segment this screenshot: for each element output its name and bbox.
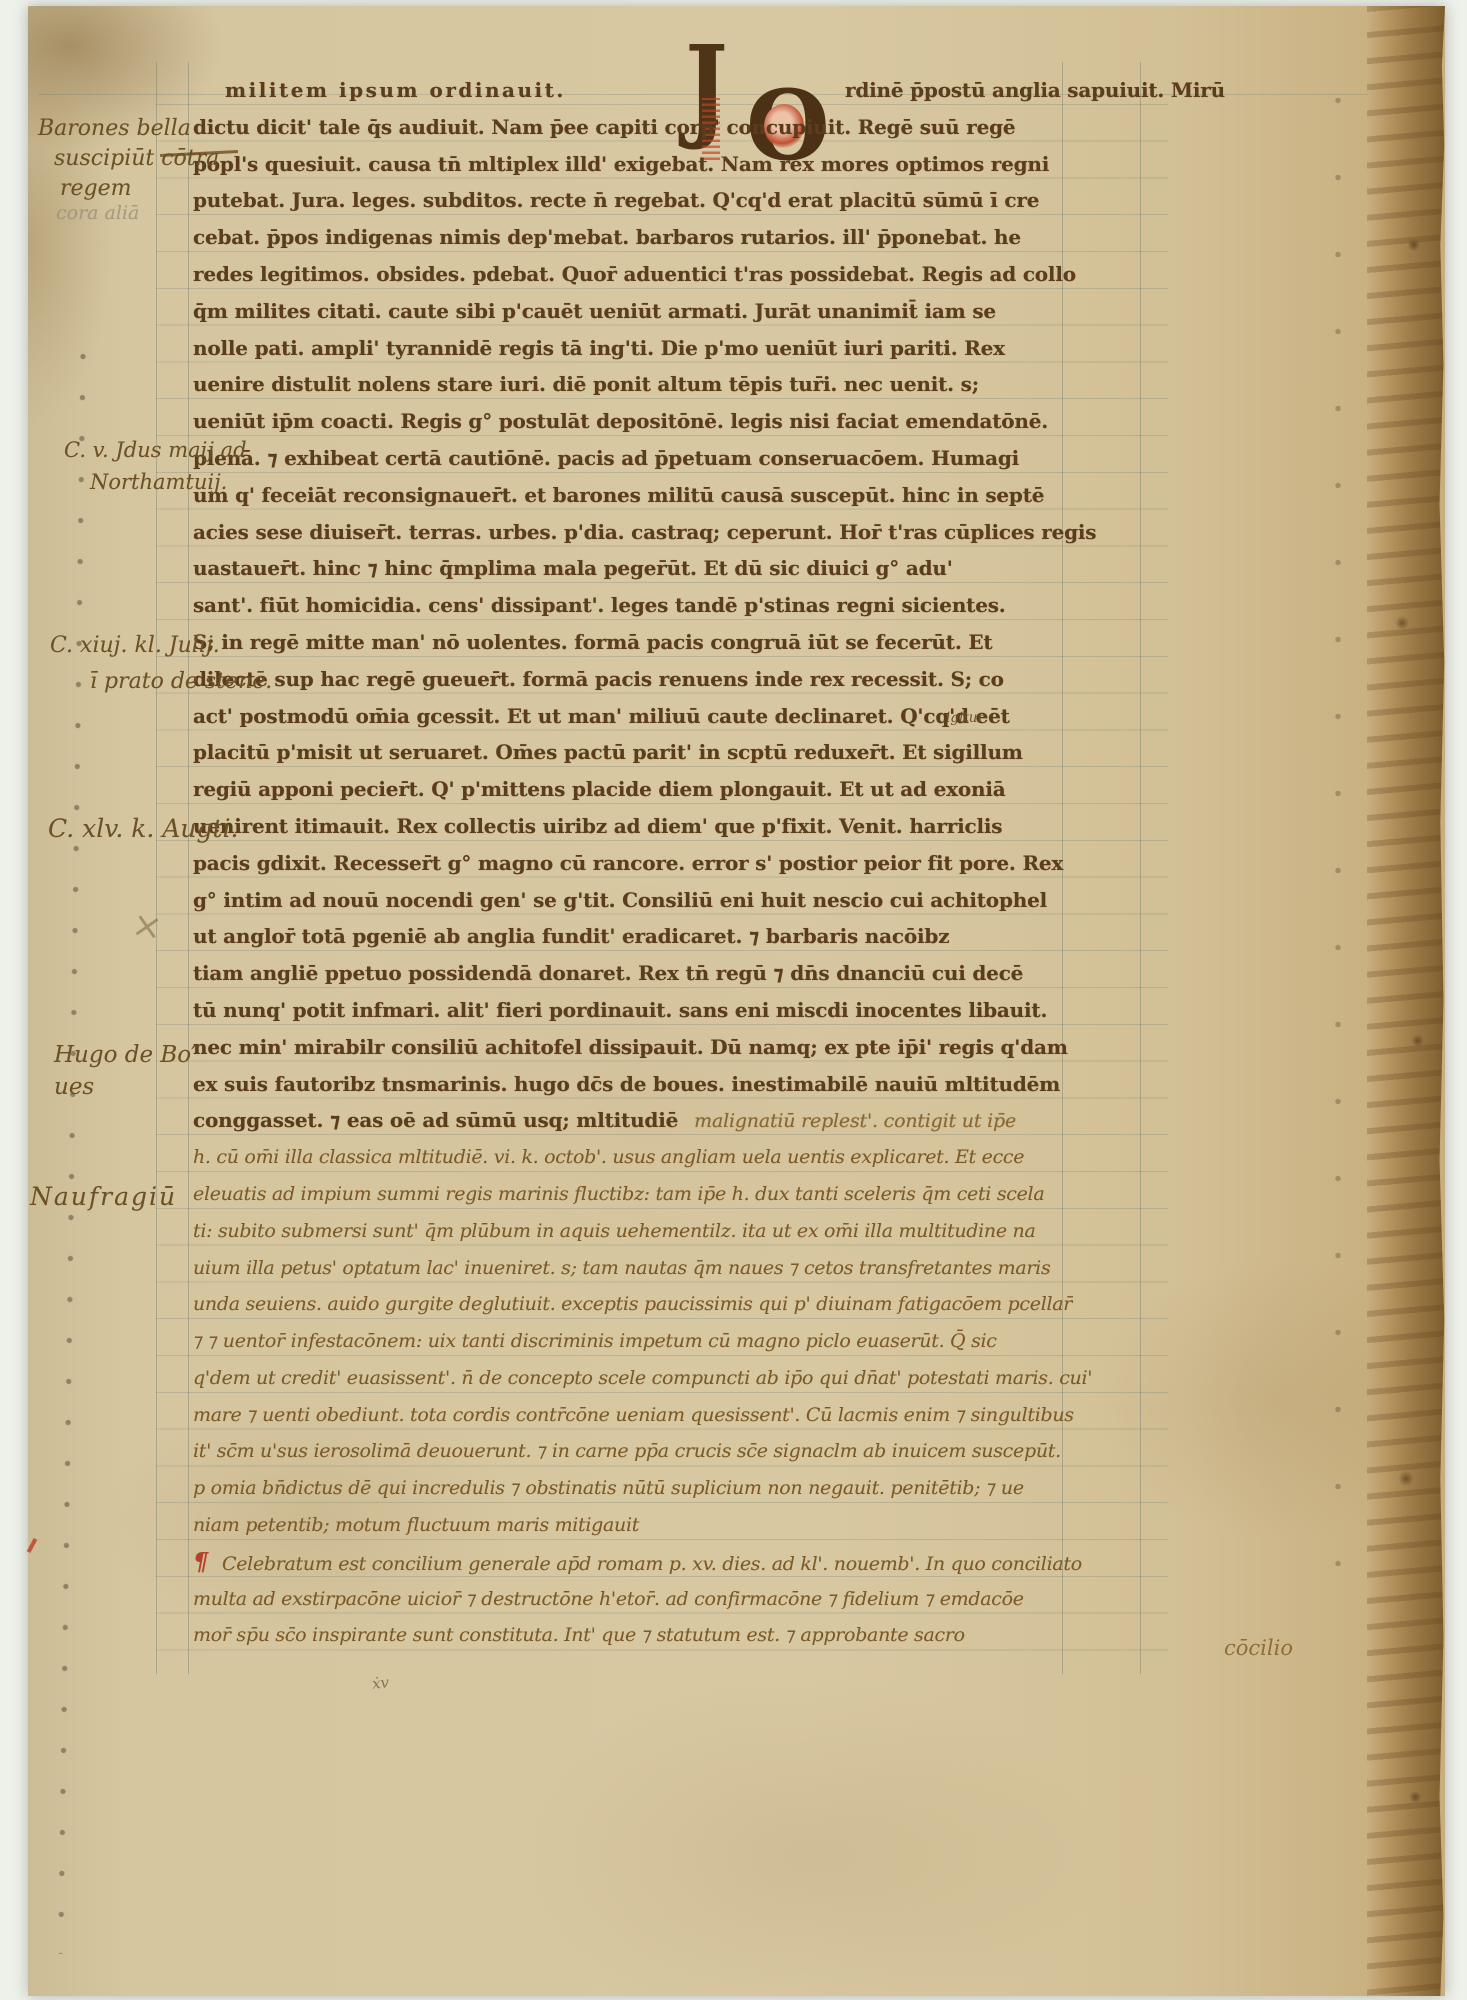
text-line-35-text: ⁊ ⁊ uentor̄ infestacōnem: uix tanti disc… xyxy=(193,1330,997,1352)
text-line-1-text: rdinē p̄postū anglia sapuiuit. Mirū xyxy=(845,72,1225,109)
text-line-23: g° intim ad nouū nocendi gen' se g'tit. … xyxy=(193,882,1073,919)
text-line-27: nec min' mirabilr consiliū achitofel dis… xyxy=(193,1029,1073,1066)
text-line-38: it' sc̄m u'sus ierosolimā deuouerunt. ⁊ … xyxy=(193,1433,1073,1470)
text-line-19-text: placitū p'misit ut seruaret. Om̄es pactū… xyxy=(193,740,1023,764)
text-line-11-text: plenā. ⁊ exhibeat certā cautiōnē. pacis … xyxy=(193,446,1019,470)
parchment-page: J O militem ipsum ordinauit.rdinē p̄post… xyxy=(28,6,1445,1996)
text-line-16: S; in regē mitte man' nō uolentes. formā… xyxy=(193,624,1073,661)
text-line-16-text: S; in regē mitte man' nō uolentes. formā… xyxy=(193,630,992,654)
red-paragraph-mark: ¶ xyxy=(193,1547,208,1576)
prick-marks-left xyxy=(53,336,92,1954)
main-text-block: militem ipsum ordinauit.rdinē p̄postū an… xyxy=(193,72,1073,1654)
margin-note-hugo-line1: Hugo de Bo″ xyxy=(54,1042,200,1068)
margin-note-faded: cora aliā xyxy=(56,202,139,224)
text-line-26-text: tū nunq' potit infmari. alit' fieri pord… xyxy=(193,998,1047,1022)
text-line-5: cebat. p̄pos indigenas nimis dep'mebat. … xyxy=(193,219,1073,256)
text-line-31-text: eleuatis ad impium summi regis marinis f… xyxy=(193,1183,1044,1205)
text-line-8: nolle pati. ampli' tyrannidē regis tā in… xyxy=(193,330,1073,367)
text-line-29-hand-change: malignatiū replest'. contigit ut ip̄e xyxy=(694,1110,1016,1132)
text-line-8-text: nolle pati. ampli' tyrannidē regis tā in… xyxy=(193,336,1005,360)
text-line-15-text: sant'. fiūt homicidia. cens' dissipant'.… xyxy=(193,593,1006,617)
text-line-22-text: pacis gdixit. Recesser̄t g° magno cū ran… xyxy=(193,851,1063,875)
margin-note-northampton-line1: C. v. Jdus maij ad xyxy=(64,438,247,462)
text-line-18-text: act' postmodū om̄ia gcessit. Et ut man' … xyxy=(193,704,1010,728)
margin-note-barones-line3: regem xyxy=(60,176,132,201)
margin-note-northampton-line2: Northamtuij. xyxy=(90,470,227,494)
text-line-3: popl's quesiuit. causa tn̄ mltiplex illd… xyxy=(193,146,1073,183)
text-line-13-text: acies sese diuiser̄t. terras. urbes. p'd… xyxy=(193,520,1096,544)
text-line-33: uium illa petus' optatum lac' inueniret.… xyxy=(193,1250,1073,1287)
text-line-23-text: g° intim ad nouū nocendi gen' se g'tit. … xyxy=(193,888,1047,912)
text-line-1: militem ipsum ordinauit.rdinē p̄postū an… xyxy=(193,72,1073,109)
text-line-2-text: dictu dicit' tale q̄s audiuit. Nam p̄ee … xyxy=(193,115,1015,139)
text-line-5-text: cebat. p̄pos indigenas nimis dep'mebat. … xyxy=(193,225,1021,249)
text-line-28-text: ex suis fautoribz tnsmarinis. hugo dc̄s … xyxy=(193,1072,1060,1096)
text-line-40: niam petentib; motum fluctuum maris miti… xyxy=(193,1507,1073,1544)
text-line-11: plenā. ⁊ exhibeat certā cautiōnē. pacis … xyxy=(193,440,1073,477)
margin-note-stanes-line1: C. xiuj. kl. Julij. xyxy=(50,633,220,658)
interlinear-addition: igitur xyxy=(946,710,984,726)
text-line-21: uenirent itimauit. Rex collectis uiribz … xyxy=(193,808,1073,845)
text-line-4-text: putebat. Jura. leges. subditos. recte n̄… xyxy=(193,188,1039,212)
text-line-31: eleuatis ad impium summi regis marinis f… xyxy=(193,1176,1073,1213)
text-line-14-text: uastauer̄t. hinc ⁊ hinc q̄mplima mala pe… xyxy=(193,556,953,580)
margin-note-hugo-line2: ues xyxy=(54,1074,94,1100)
margin-note-stanes-line2: ī prato de stenē. xyxy=(90,669,272,694)
text-line-13: acies sese diuiser̄t. terras. urbes. p'd… xyxy=(193,514,1073,551)
text-line-12-text: um q' feceiāt reconsignauer̄t. et barone… xyxy=(193,483,1044,507)
text-line-28: ex suis fautoribz tnsmarinis. hugo dc̄s … xyxy=(193,1066,1073,1103)
ruling-vertical-right-outer xyxy=(1140,62,1141,1674)
text-line-17: dilecte sup hac regē gueuer̄t. formā pac… xyxy=(193,661,1073,698)
text-line-12: um q' feceiāt reconsignauer̄t. et barone… xyxy=(193,477,1073,514)
text-line-36-text: q'dem ut credit' euasissent'. n̄ de conc… xyxy=(193,1367,1092,1389)
margin-note-naufragium: Naufragiū xyxy=(30,1182,177,1211)
text-line-15: sant'. fiūt homicidia. cens' dissipant'.… xyxy=(193,587,1073,624)
text-line-33-text: uium illa petus' optatum lac' inueniret.… xyxy=(193,1257,1050,1279)
text-line-35: ⁊ ⁊ uentor̄ infestacōnem: uix tanti disc… xyxy=(193,1323,1073,1360)
text-line-24-text: ut anglor̄ totā pgeniē ab anglia fundit'… xyxy=(193,924,949,948)
text-line-30: h. cū om̄i illa classica mltitudiē. vi. … xyxy=(193,1139,1073,1176)
text-line-25: tiam angliē ppetuo possidendā donaret. R… xyxy=(193,955,1073,992)
text-line-38-text: it' sc̄m u'sus ierosolimā deuouerunt. ⁊ … xyxy=(193,1440,1061,1462)
text-line-10-text: ueniūt ip̄m coacti. Regis g° postulāt de… xyxy=(193,409,1048,433)
text-line-17-text: dilecte sup hac regē gueuer̄t. formā pac… xyxy=(193,667,1004,691)
prick-marks-right xyxy=(1330,62,1346,1622)
text-line-30-text: h. cū om̄i illa classica mltitudiē. vi. … xyxy=(193,1146,1024,1168)
catchword-concilio: cōcilio xyxy=(1224,1636,1293,1660)
text-line-14: uastauer̄t. hinc ⁊ hinc q̄mplima mala pe… xyxy=(193,550,1073,587)
text-line-41: ¶Celebratum est concilium generale ap̄d … xyxy=(193,1544,1073,1581)
text-line-24: ut anglor̄ totā pgeniē ab anglia fundit'… xyxy=(193,918,1073,955)
text-line-20-text: regiū apponi pecier̄t. Q' p'mittens plac… xyxy=(193,777,1005,801)
text-line-36: q'dem ut credit' euasissent'. n̄ de conc… xyxy=(193,1360,1073,1397)
text-line-4: putebat. Jura. leges. subditos. recte n̄… xyxy=(193,182,1073,219)
text-line-25-text: tiam angliē ppetuo possidendā donaret. R… xyxy=(193,961,1023,985)
text-line-29: conggasset. ⁊ eas oē ad sūmū usq; mltitu… xyxy=(193,1102,1073,1139)
text-line-3-text: popl's quesiuit. causa tn̄ mltiplex illd… xyxy=(193,152,1049,176)
text-line-41-text: Celebratum est concilium generale ap̄d r… xyxy=(222,1553,1082,1575)
text-line-9: uenire distulit nolens stare iuri. diē p… xyxy=(193,366,1073,403)
red-edge-tick xyxy=(27,1538,38,1553)
text-line-34: unda seuiens. auido gurgite deglutiuit. … xyxy=(193,1286,1073,1323)
text-line-43-text: mor̄ sp̄u sc̄o inspirante sunt constitut… xyxy=(193,1624,965,1646)
pen-trial-mark: ẋv xyxy=(371,1673,390,1693)
text-line-21-text: uenirent itimauit. Rex collectis uiribz … xyxy=(193,814,1002,838)
text-line-10: ueniūt ip̄m coacti. Regis g° postulāt de… xyxy=(193,403,1073,440)
ruling-vertical-left-inner xyxy=(188,62,189,1674)
text-line-34-text: unda seuiens. auido gurgite deglutiuit. … xyxy=(193,1293,1072,1315)
text-line-43: mor̄ sp̄u sc̄o inspirante sunt constitut… xyxy=(193,1617,1073,1654)
text-line-37-text: mare ⁊ uenti obediunt. tota cordis contr… xyxy=(193,1404,1074,1426)
text-line-29-text: conggasset. ⁊ eas oē ad sūmū usq; mltitu… xyxy=(193,1108,678,1132)
ruling-vertical-left-outer xyxy=(156,62,157,1674)
binding-sewn-edge xyxy=(1367,6,1445,1996)
text-line-42-text: multa ad exstirpacōne uicior̄ ⁊ destruct… xyxy=(193,1588,1024,1610)
text-line-32: ti: subito submersi sunt' q̄m plūbum in … xyxy=(193,1213,1073,1250)
text-line-22: pacis gdixit. Recesser̄t g° magno cū ran… xyxy=(193,845,1073,882)
text-line-19: placitū p'misit ut seruaret. Om̄es pactū… xyxy=(193,734,1073,771)
text-line-40-text: niam petentib; motum fluctuum maris miti… xyxy=(193,1514,639,1536)
text-line-27-text: nec min' mirabilr consiliū achitofel dis… xyxy=(193,1035,1068,1059)
text-line-6: redes legitimos. obsides. pdebat. Quor̄ … xyxy=(193,256,1073,293)
text-line-9-text: uenire distulit nolens stare iuri. diē p… xyxy=(193,372,979,396)
text-line-32-text: ti: subito submersi sunt' q̄m plūbum in … xyxy=(193,1220,1036,1242)
text-line-7-text: q̄m milites citati. caute sibi p'cauēt u… xyxy=(193,299,996,323)
margin-note-barones-line1: Barones bella xyxy=(38,116,191,141)
text-line-18: act' postmodū om̄ia gcessit. Et ut man' … xyxy=(193,698,1073,735)
text-line-6-text: redes legitimos. obsides. pdebat. Quor̄ … xyxy=(193,262,1076,286)
text-line-20: regiū apponi pecier̄t. Q' p'mittens plac… xyxy=(193,771,1073,808)
text-line-37: mare ⁊ uenti obediunt. tota cordis contr… xyxy=(193,1397,1073,1434)
margin-note-barones-line2: suscipiūt cōtra xyxy=(54,146,219,171)
manuscript-photo: { "document": { "kind": "medieval manusc… xyxy=(0,0,1467,2000)
text-line-7: q̄m milites citati. caute sibi p'cauēt u… xyxy=(193,293,1073,330)
margin-note-augusti: C. xlv. k. Augti. xyxy=(48,814,238,843)
text-line-1-before-initial: militem ipsum ordinauit. xyxy=(225,78,566,102)
text-line-26: tū nunq' potit infmari. alit' fieri pord… xyxy=(193,992,1073,1029)
text-line-2: dictu dicit' tale q̄s audiuit. Nam p̄ee … xyxy=(193,109,1073,146)
text-line-39-text: p omia bn̄dictus dē qui incredulis ⁊ obs… xyxy=(193,1477,1024,1499)
text-line-39: p omia bn̄dictus dē qui incredulis ⁊ obs… xyxy=(193,1470,1073,1507)
text-line-42: multa ad exstirpacōne uicior̄ ⁊ destruct… xyxy=(193,1581,1073,1618)
